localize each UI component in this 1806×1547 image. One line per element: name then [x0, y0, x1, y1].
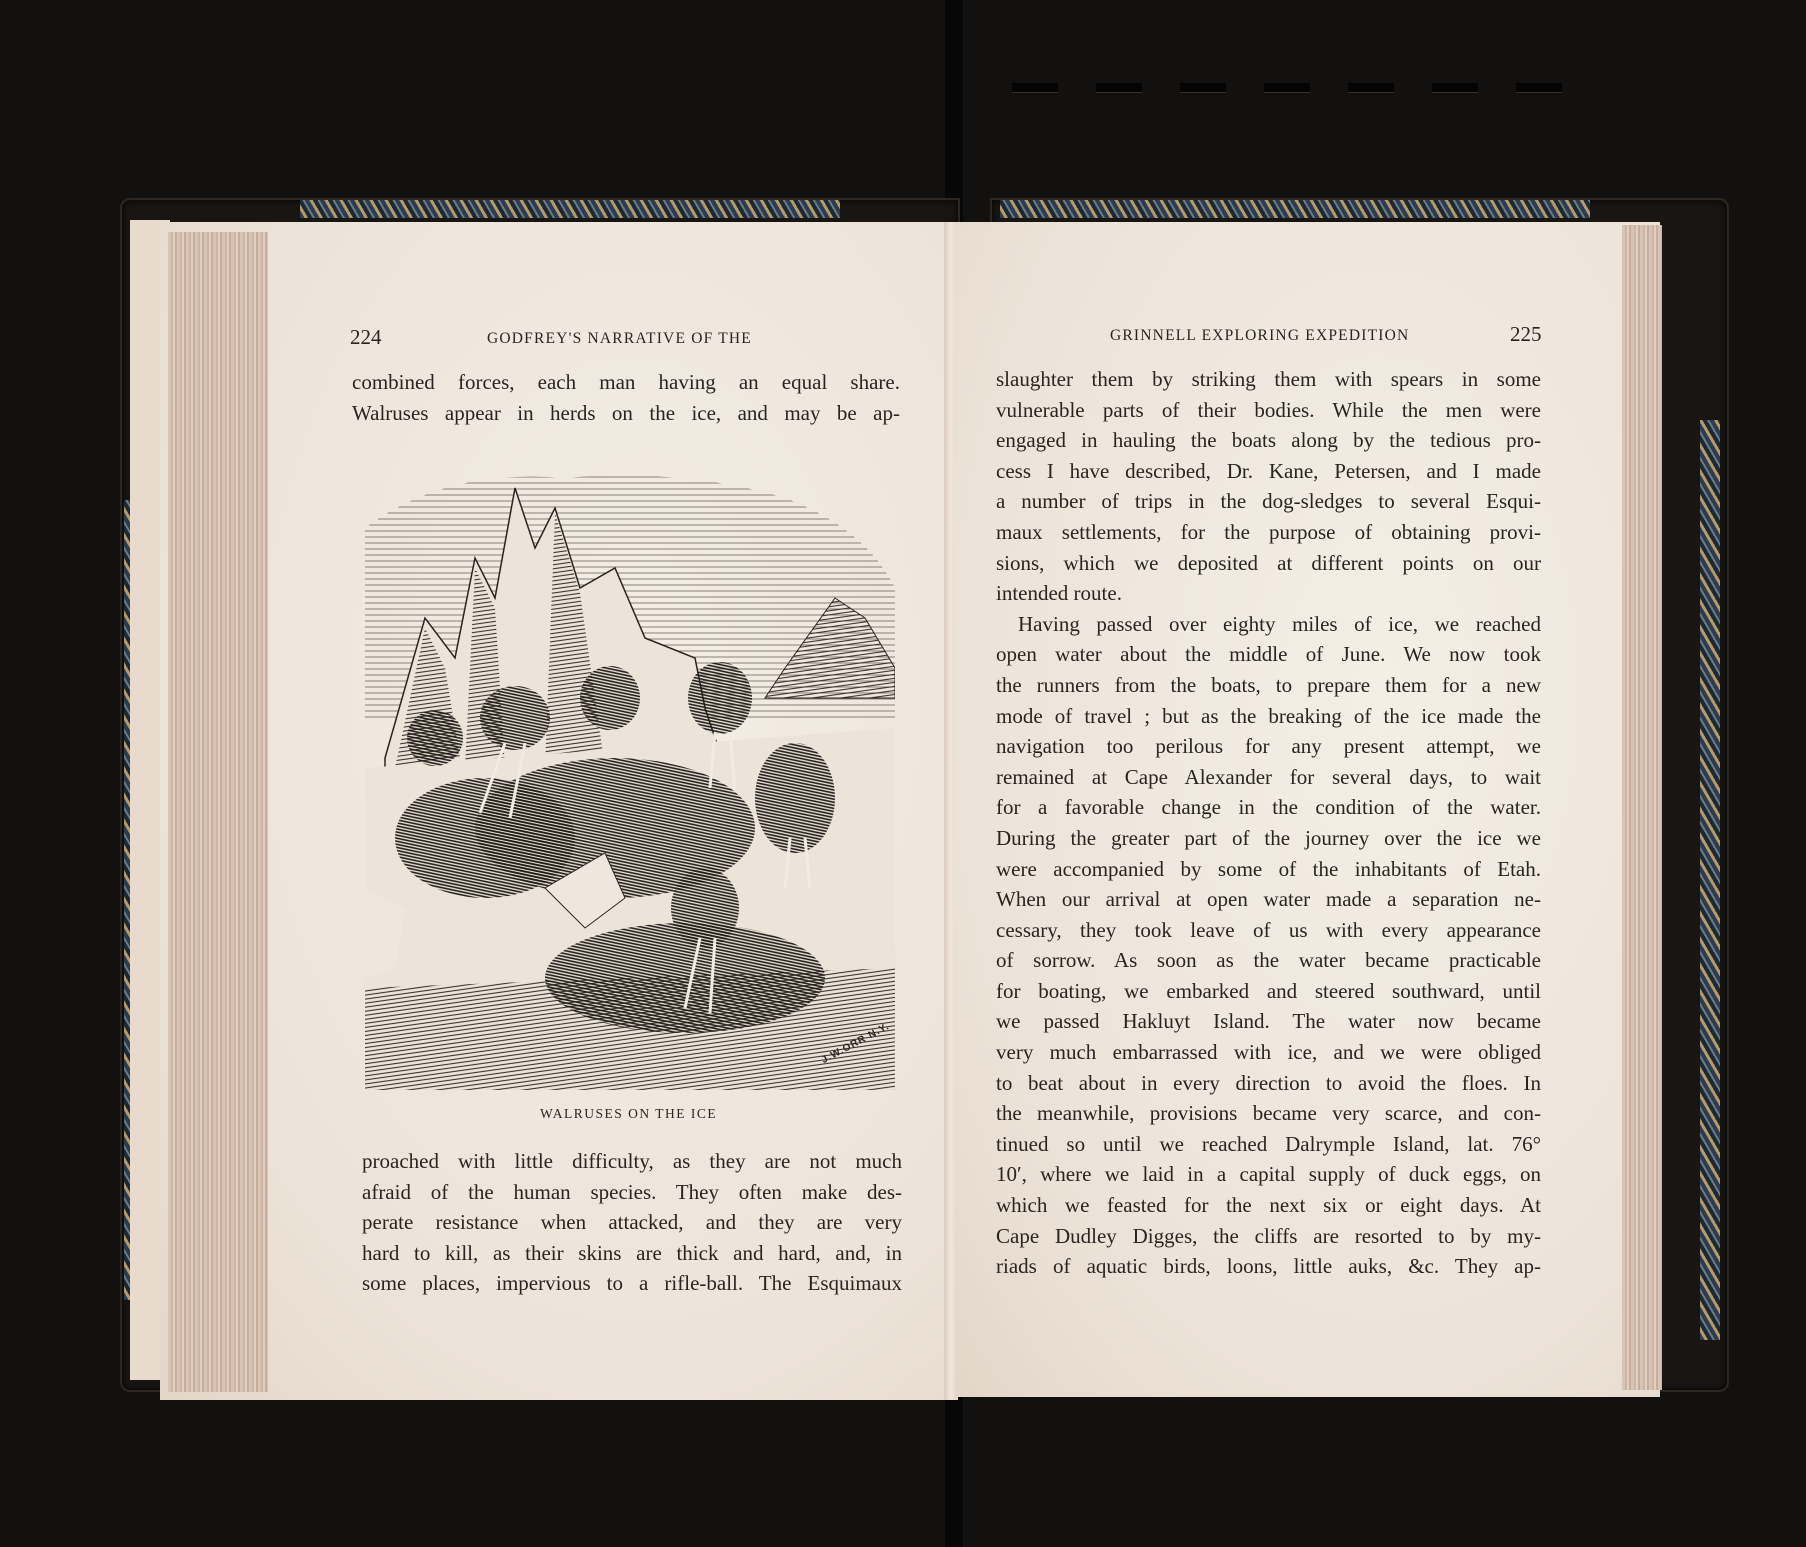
- running-head-right: GRINNELL EXPLORING EXPEDITION: [1110, 327, 1409, 345]
- text-line: cess I have described, Dr. Kane, Peterse…: [996, 456, 1541, 487]
- text-line: sions, which we deposited at different p…: [996, 548, 1541, 579]
- text-line: we passed Hakluyt Island. The water now …: [996, 1006, 1541, 1037]
- page-number-right: 225: [1510, 322, 1542, 347]
- text-line: mode of travel ; but as the breaking of …: [996, 701, 1541, 732]
- text-line: cessary, they took leave of us with ever…: [996, 915, 1541, 946]
- illustration-caption: WALRUSES ON THE ICE: [540, 1106, 717, 1122]
- text-line: Walruses appear in herds on the ice, and…: [352, 398, 900, 429]
- text-line: combined forces, each man having an equa…: [352, 367, 900, 398]
- text-line: open water about the middle of June. We …: [996, 639, 1541, 670]
- text-line: intended route.: [996, 578, 1541, 609]
- text-line: Cape Dudley Digges, the cliffs are resor…: [996, 1221, 1541, 1252]
- left-text-top: combined forces, each man having an equa…: [352, 367, 900, 428]
- right-text: slaughter them by striking them with spe…: [996, 364, 1541, 1282]
- text-line: proached with little difficulty, as they…: [362, 1146, 902, 1177]
- text-line: to beat about in every direction to avoi…: [996, 1068, 1541, 1099]
- text-line: were accompanied by some of the inhabita…: [996, 854, 1541, 885]
- text-line: hard to kill, as their skins are thick a…: [362, 1238, 902, 1269]
- page-stack-left: [168, 232, 268, 1392]
- text-line: maux settlements, for the purpose of obt…: [996, 517, 1541, 548]
- text-line: afraid of the human species. They often …: [362, 1177, 902, 1208]
- marbled-edge: [1000, 200, 1590, 218]
- text-line: engaged in hauling the boats along by th…: [996, 425, 1541, 456]
- running-head-left: GODFREY'S NARRATIVE OF THE: [487, 330, 752, 348]
- text-line: During the greater part of the journey o…: [996, 823, 1541, 854]
- page-number-left: 224: [350, 325, 382, 350]
- page-stack-right: [1622, 225, 1662, 1390]
- text-line: the meanwhile, provisions became very sc…: [996, 1098, 1541, 1129]
- open-book: 224 GODFREY'S NARRATIVE OF THE combined …: [0, 0, 1806, 1547]
- text-line: for a favorable change in the condition …: [996, 792, 1541, 823]
- text-line: remained at Cape Alexander for several d…: [996, 762, 1541, 793]
- text-line: which we feasted for the next six or eig…: [996, 1190, 1541, 1221]
- text-line: riads of aquatic birds, loons, little au…: [996, 1251, 1541, 1282]
- paragraph-start-line: Having passed over eighty miles of ice, …: [996, 609, 1541, 640]
- text-line: 10′, where we laid in a capital supply o…: [996, 1159, 1541, 1190]
- left-text-bottom: proached with little difficulty, as they…: [362, 1146, 902, 1299]
- text-line: perate resistance when attacked, and the…: [362, 1207, 902, 1238]
- text-line: the runners from the boats, to prepare t…: [996, 670, 1541, 701]
- text-line: vulnerable parts of their bodies. While …: [996, 395, 1541, 426]
- text-line: navigation too perilous for any present …: [996, 731, 1541, 762]
- walrus-illustration: [365, 468, 895, 1090]
- text-line: for boating, we embarked and steered sou…: [996, 976, 1541, 1007]
- marbled-edge: [1700, 420, 1720, 1340]
- text-line: tinued so until we reached Dalrymple Isl…: [996, 1129, 1541, 1160]
- text-line: some places, impervious to a rifle-ball.…: [362, 1268, 902, 1299]
- text-line: very much embarrassed with ice, and we w…: [996, 1037, 1541, 1068]
- text-line: slaughter them by striking them with spe…: [996, 364, 1541, 395]
- engraving-walruses-on-ice: [365, 468, 895, 1090]
- marbled-edge: [300, 200, 840, 218]
- text-line: of sorrow. As soon as the water became p…: [996, 945, 1541, 976]
- text-line: a number of trips in the dog-sledges to …: [996, 486, 1541, 517]
- text-line: When our arrival at open water made a se…: [996, 884, 1541, 915]
